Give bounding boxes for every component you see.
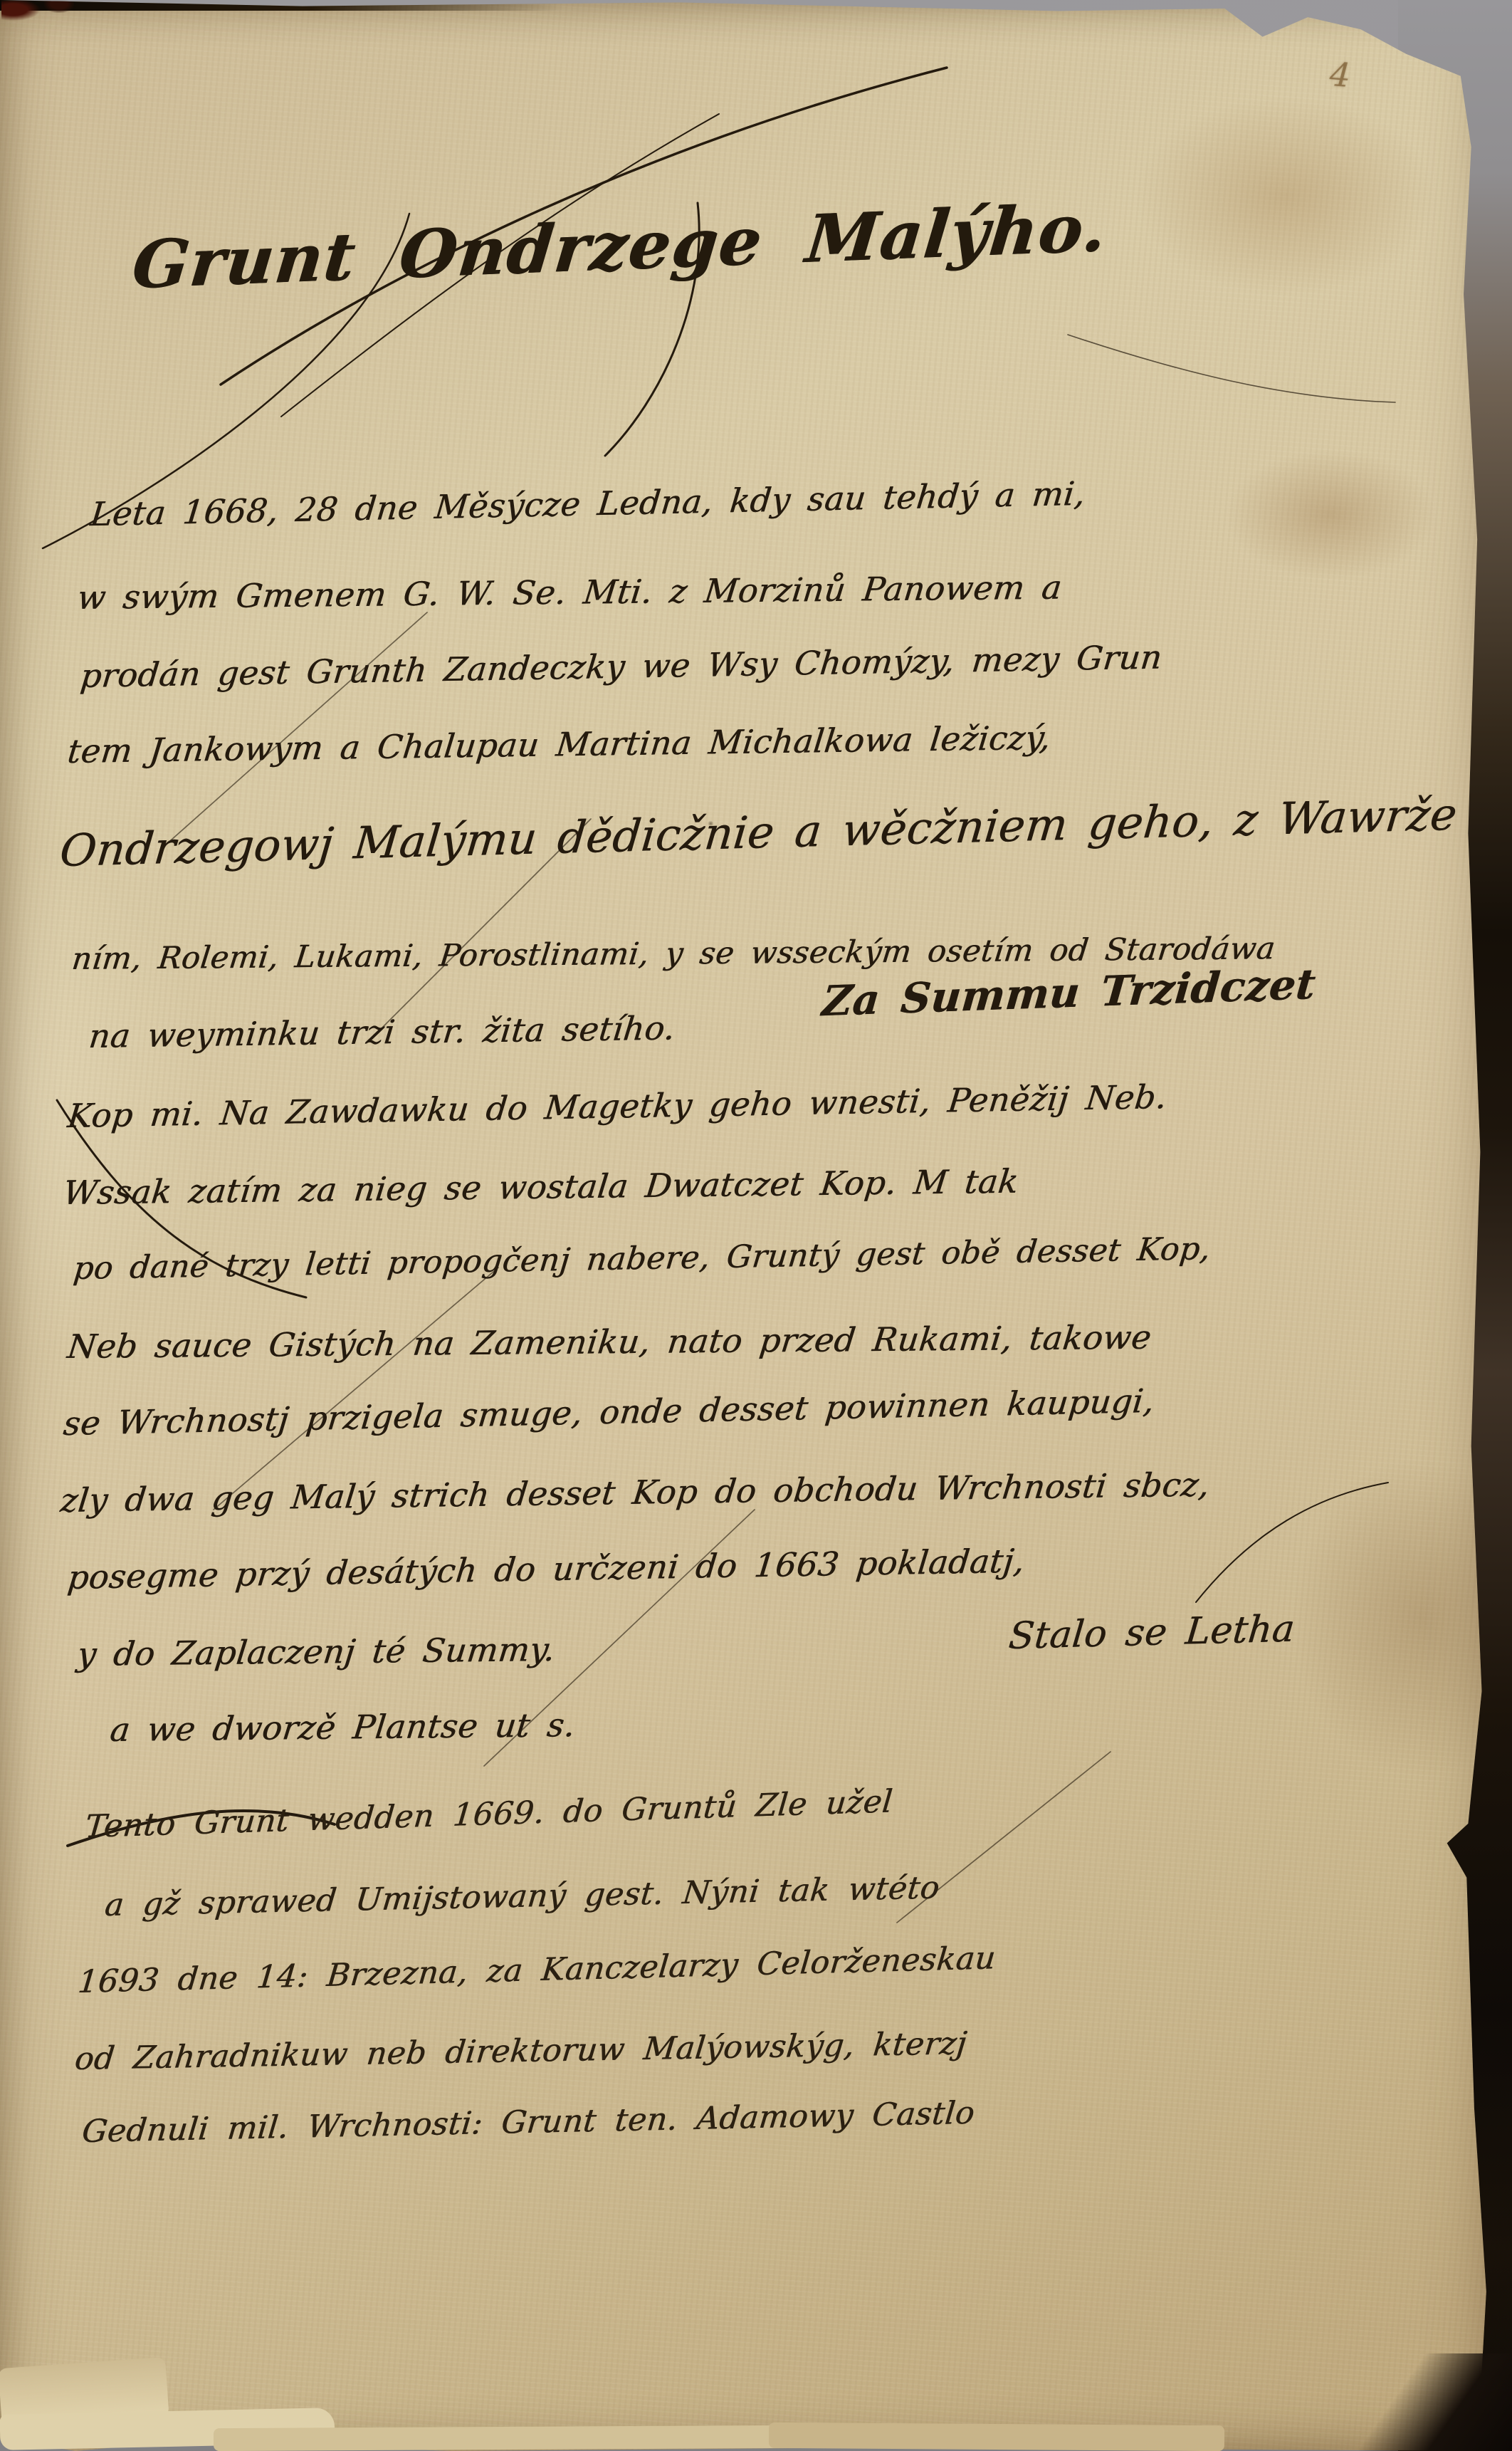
photograph-backdrop: 4 Grunt Ondrzege Malýho. Leta 1668, 28 d… — [0, 0, 1512, 2451]
pen-flourishes — [0, 0, 1512, 2451]
manuscript-line: y do Zaplaczenj té Summy. — [75, 1630, 557, 1673]
manuscript-line: a we dworzě Plantse ut s. — [108, 1705, 577, 1749]
manuscript-line: od Zahradnikuw neb direktoruw Malýowskýg… — [73, 2025, 969, 2077]
manuscript-line: prodán gest Grunth Zandeczky we Wsy Chom… — [78, 637, 1164, 695]
manuscript-line: se Wrchnostj przigela smuge, onde desset… — [62, 1381, 1157, 1443]
manuscript-line: zly dwa geg Malý strich desset Kop do ob… — [58, 1465, 1212, 1520]
manuscript-line: na weyminku trzi str. žita setího. — [87, 1009, 677, 1056]
ink-mark — [1, 1, 40, 21]
manuscript-line: Ondrzegowj Malýmu dědicžnie a wěcžniem g… — [58, 788, 1459, 877]
manuscript-line: Neb sauce Gistých na Zameniku, nato prze… — [65, 1318, 1153, 1366]
manuscript-line: posegme przý desátých do určzeni do 1663… — [65, 1542, 1027, 1597]
bottom-right-shadow — [1359, 2353, 1512, 2451]
page-top-edge — [0, 0, 562, 11]
page-title: Grunt Ondrzege Malýho. — [129, 189, 1111, 303]
manuscript-line: a gž sprawed Umijstowaný gest. Nýni tak … — [103, 1869, 942, 1923]
torn-under-page-edge — [769, 2423, 1224, 2451]
manuscript-line: w swým Gmenem G. W. Se. Mti. z Morzinů P… — [75, 568, 1064, 617]
manuscript-line: 1693 dne 14: Brzezna, za Kanczelarzy Cel… — [76, 1940, 997, 2000]
manuscript-line: Wssak zatím za nieg se wostala Dwatczet … — [61, 1162, 1021, 1212]
manuscript-line: Leta 1668, 28 dne Měsýcze Ledna, kdy sau… — [89, 474, 1088, 533]
manuscript-line: Stalo se Letha — [1007, 1607, 1296, 1658]
manuscript-line: Kop mi. Na Zawdawku do Magetky geho wnes… — [65, 1077, 1168, 1135]
manuscript-line: tem Jankowym a Chalupau Martina Michalko… — [65, 718, 1053, 770]
folio-number: 4 — [1328, 55, 1352, 95]
manuscript-line: po dané trzy letti propogčenj nabere, Gr… — [72, 1230, 1212, 1287]
manuscript-line: Tento Grunt wedden 1669. do Gruntů Zle u… — [83, 1783, 894, 1845]
ink-mark — [44, 0, 74, 13]
manuscript-page: 4 Grunt Ondrzege Malýho. Leta 1668, 28 d… — [0, 0, 1512, 2451]
manuscript-line: Gednuli mil. Wrchnosti: Grunt ten. Adamo… — [80, 2095, 977, 2150]
torn-under-page-edge — [214, 2425, 797, 2451]
